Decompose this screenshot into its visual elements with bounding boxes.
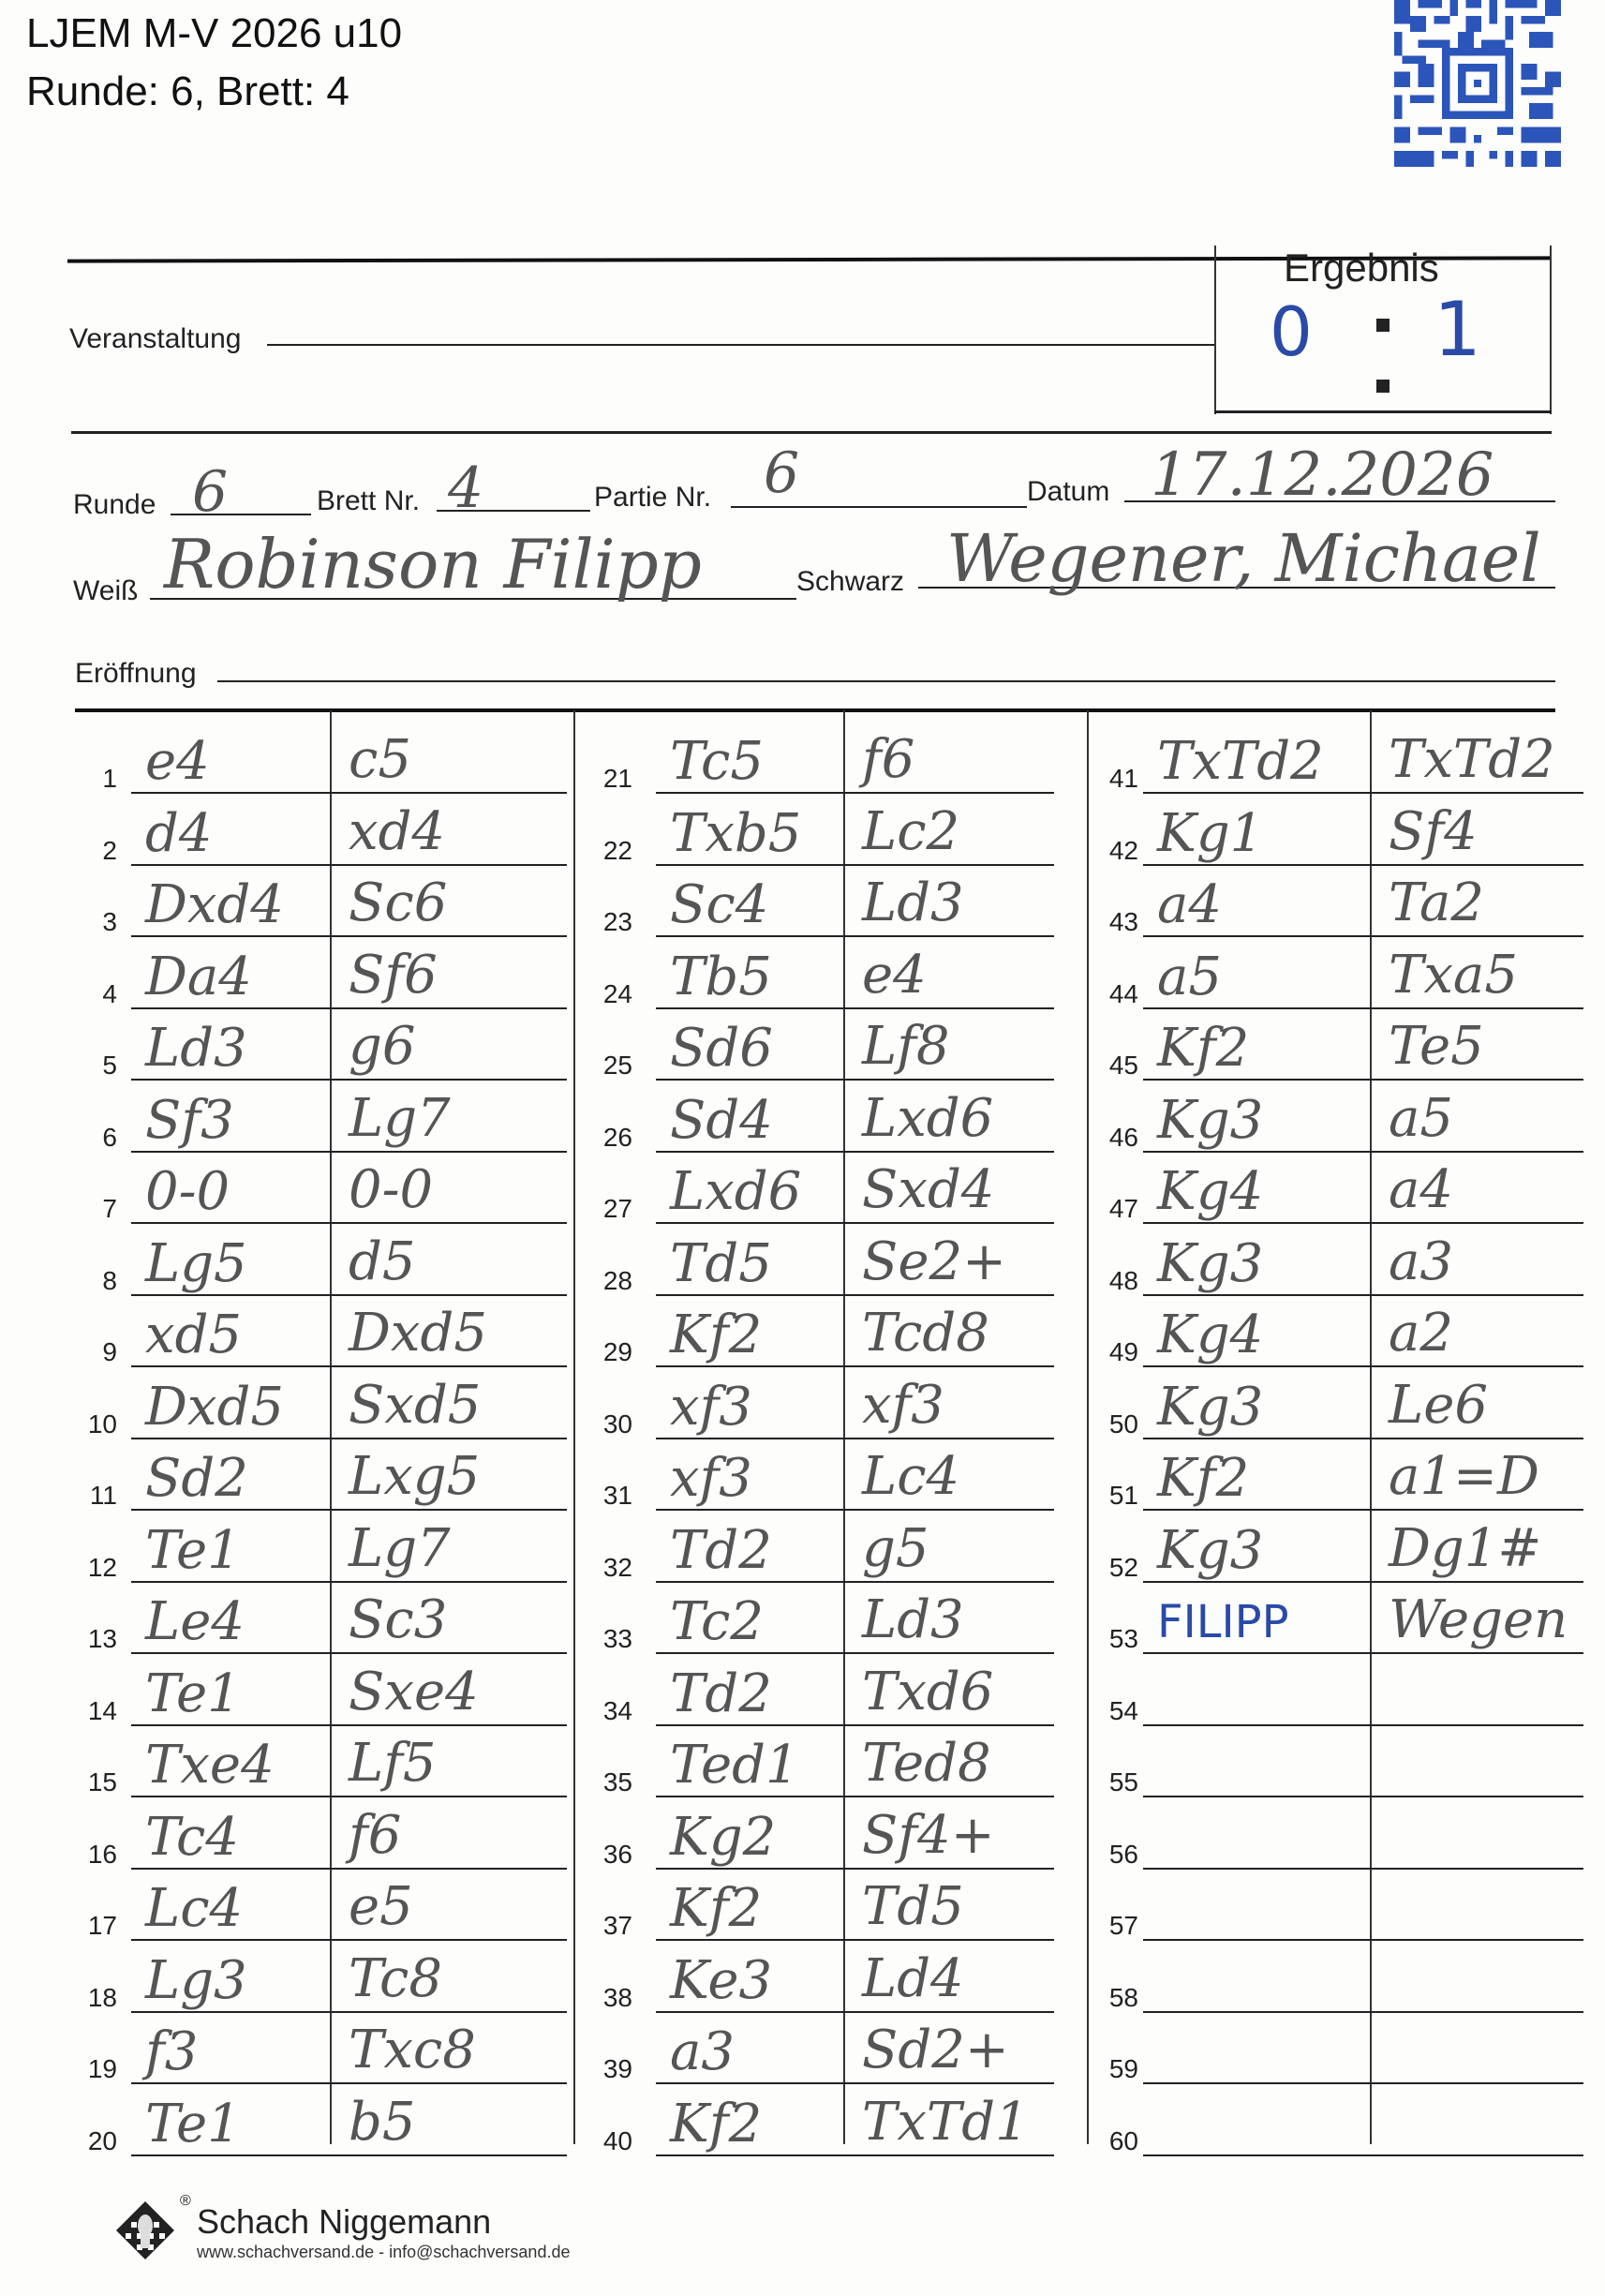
partie-value: 6	[764, 440, 799, 506]
move-line	[1143, 1724, 1583, 1726]
form-divider	[71, 431, 1552, 434]
weiss-label: Weiß	[73, 575, 138, 607]
move-line	[656, 1079, 1054, 1081]
weiss-value: Robinson Filipp	[164, 525, 702, 604]
white-move-cell[interactable]: a4	[1157, 877, 1222, 933]
white-move-cell[interactable]: Tb5	[670, 949, 772, 1006]
black-move-cell[interactable]: Se2+	[862, 1234, 1006, 1290]
black-move-cell[interactable]: Sf4	[1389, 804, 1478, 860]
black-move-cell[interactable]: f6	[349, 1808, 401, 1864]
move-number: 48	[1082, 1266, 1138, 1296]
move-line	[656, 1796, 1054, 1797]
move-number: 19	[61, 2054, 117, 2084]
white-move-cell[interactable]: Sc4	[670, 877, 768, 933]
move-line	[131, 2082, 567, 2084]
move-number: 58	[1082, 1983, 1138, 2013]
move-line	[656, 935, 1054, 937]
move-line	[1143, 1438, 1583, 1439]
result-colon-dot-bottom	[1376, 380, 1390, 393]
white-move-cell[interactable]: FILIPP	[1157, 1594, 1289, 1650]
black-move-cell[interactable]: Sd2+	[862, 2022, 1009, 2079]
black-move-cell[interactable]: Sc3	[349, 1592, 447, 1648]
move-number: 33	[576, 1624, 632, 1654]
move-line	[131, 1796, 567, 1797]
white-move-cell[interactable]: e4	[145, 734, 210, 790]
move-number: 25	[576, 1051, 632, 1081]
move-line	[1143, 2154, 1583, 2156]
move-line	[131, 864, 567, 866]
white-move-cell[interactable]: Td2	[670, 1523, 772, 1579]
move-line	[656, 1365, 1054, 1367]
black-move-cell[interactable]: b5	[349, 2095, 415, 2151]
move-number: 5	[61, 1051, 117, 1081]
black-move-cell[interactable]: Lf5	[349, 1736, 437, 1792]
white-move-cell[interactable]: Lc4	[145, 1881, 243, 1937]
moves-column-divider	[1370, 710, 1372, 2144]
white-move-cell[interactable]: xd5	[145, 1307, 242, 1364]
white-move-cell[interactable]: Kg3	[1157, 1093, 1263, 1149]
move-number: 6	[61, 1123, 117, 1153]
move-line	[656, 1222, 1054, 1224]
black-move-cell[interactable]: Le6	[1389, 1378, 1488, 1434]
moves-column-divider	[843, 710, 845, 2144]
move-line	[1143, 1007, 1583, 1009]
move-number: 42	[1082, 836, 1138, 866]
move-line	[656, 1294, 1054, 1296]
move-number: 13	[61, 1624, 117, 1654]
black-move-cell[interactable]: Dg1#	[1389, 1521, 1541, 1577]
move-line	[1143, 1294, 1583, 1296]
move-line	[656, 1652, 1054, 1654]
white-move-cell[interactable]: Te1	[145, 1523, 241, 1579]
move-line	[131, 1438, 567, 1439]
move-number: 23	[576, 907, 632, 937]
black-move-cell[interactable]: Ta2	[1389, 875, 1484, 932]
black-move-cell[interactable]: a2	[1389, 1305, 1453, 1362]
move-line	[1143, 2082, 1583, 2084]
brett-value: 4	[448, 455, 483, 521]
moves-block-divider	[573, 710, 575, 2144]
move-line	[656, 2082, 1054, 2084]
white-move-cell[interactable]: Kg2	[670, 1810, 776, 1866]
white-move-cell[interactable]: f3	[145, 2024, 198, 2080]
move-line	[656, 864, 1054, 866]
move-number: 57	[1082, 1911, 1138, 1941]
white-move-cell[interactable]: Te1	[145, 2096, 241, 2153]
black-move-cell[interactable]: Ld4	[862, 1951, 964, 2007]
black-move-cell[interactable]: Lg7	[349, 1091, 451, 1147]
move-number: 24	[576, 979, 632, 1009]
move-line	[1143, 1509, 1583, 1511]
white-move-cell[interactable]: Txe4	[145, 1737, 275, 1794]
move-line	[1143, 2011, 1583, 2013]
event-title: LJEM M-V 2026 u10	[26, 9, 402, 58]
runde-value: 6	[192, 459, 228, 525]
moves-column-divider	[330, 710, 332, 2144]
move-line	[131, 1652, 567, 1654]
white-move-cell[interactable]: Tc5	[670, 734, 764, 790]
veranstaltung-field[interactable]	[267, 344, 1215, 346]
move-line	[131, 2011, 567, 2013]
black-move-cell[interactable]: c5	[349, 732, 411, 788]
result-black-score[interactable]: 1	[1434, 286, 1481, 373]
move-line	[131, 1007, 567, 1009]
white-move-cell[interactable]: Da4	[145, 949, 252, 1006]
white-move-cell[interactable]: Lg5	[145, 1236, 247, 1292]
move-line	[656, 2154, 1054, 2156]
white-move-cell[interactable]: Kf2	[670, 1881, 762, 1937]
white-move-cell[interactable]: Kf2	[1157, 1021, 1249, 1077]
move-line	[131, 1222, 567, 1224]
move-line	[131, 1294, 567, 1296]
eroeffnung-label: Eröffnung	[75, 658, 197, 690]
black-move-cell[interactable]: Sf4+	[862, 1808, 995, 1864]
white-move-cell[interactable]: Kg3	[1157, 1379, 1263, 1436]
move-number: 2	[61, 836, 117, 866]
white-move-cell[interactable]: Kf2	[1157, 1451, 1249, 1507]
runde-label: Runde	[73, 489, 156, 521]
black-move-cell[interactable]: Ld3	[862, 875, 964, 932]
white-move-cell[interactable]: Kg4	[1157, 1307, 1263, 1364]
move-number: 31	[576, 1481, 632, 1511]
result-colon-dot-top	[1376, 319, 1390, 332]
move-line	[1143, 1796, 1583, 1797]
black-move-cell[interactable]: Tc8	[349, 1951, 442, 2007]
move-number: 46	[1082, 1123, 1138, 1153]
move-line	[656, 792, 1054, 794]
black-move-cell[interactable]: g5	[862, 1521, 929, 1577]
white-move-cell[interactable]: Lxd6	[670, 1164, 801, 1220]
datum-value: 17.12.2026	[1151, 440, 1494, 510]
move-line	[131, 1939, 567, 1941]
move-line	[131, 1581, 567, 1583]
move-number: 39	[576, 2054, 632, 2084]
move-number: 8	[61, 1266, 117, 1296]
move-number: 37	[576, 1911, 632, 1941]
move-number: 45	[1082, 1051, 1138, 1081]
white-move-cell[interactable]: TxTd2	[1157, 734, 1324, 790]
white-move-cell[interactable]: d4	[145, 806, 212, 862]
move-line	[1143, 1581, 1583, 1583]
move-number: 22	[576, 836, 632, 866]
move-line	[1143, 1222, 1583, 1224]
move-number: 36	[576, 1840, 632, 1870]
white-move-cell[interactable]: Sd2	[145, 1451, 248, 1507]
black-move-cell[interactable]: a5	[1389, 1091, 1453, 1147]
black-move-cell[interactable]: Ted8	[862, 1736, 991, 1792]
move-number: 27	[576, 1194, 632, 1224]
black-move-cell[interactable]: Td5	[862, 1879, 964, 1935]
white-move-cell[interactable]: Ld3	[145, 1021, 247, 1077]
black-move-cell[interactable]: Wegen	[1389, 1592, 1568, 1648]
white-move-cell[interactable]: Kg3	[1157, 1236, 1263, 1292]
brand-contact[interactable]: www.schachversand.de - info@schachversan…	[197, 2243, 570, 2262]
move-number: 11	[61, 1481, 117, 1511]
move-number: 59	[1082, 2054, 1138, 2084]
move-number: 3	[61, 907, 117, 937]
black-move-cell[interactable]: Lf8	[862, 1019, 950, 1075]
move-number: 16	[61, 1840, 117, 1870]
move-line	[656, 1868, 1054, 1870]
move-line	[656, 1007, 1054, 1009]
move-line	[656, 1724, 1054, 1726]
move-line	[656, 1438, 1054, 1439]
move-line	[131, 1724, 567, 1726]
eroeffnung-field[interactable]	[217, 680, 1555, 682]
move-number: 54	[1082, 1696, 1138, 1726]
white-move-cell[interactable]: Dxd5	[145, 1379, 284, 1436]
black-move-cell[interactable]: Dxd5	[349, 1305, 487, 1362]
move-number: 41	[1082, 764, 1138, 794]
white-move-cell[interactable]: Td5	[670, 1236, 772, 1292]
move-number: 52	[1082, 1553, 1138, 1583]
move-line	[1143, 1079, 1583, 1081]
black-move-cell[interactable]: g6	[349, 1019, 415, 1075]
move-number: 30	[576, 1409, 632, 1439]
black-move-cell[interactable]: Lxg5	[349, 1449, 480, 1505]
black-move-cell[interactable]: Lc4	[862, 1449, 959, 1505]
partie-label: Partie Nr.	[594, 482, 711, 514]
move-number: 47	[1082, 1194, 1138, 1224]
white-move-cell[interactable]: Te1	[145, 1666, 241, 1722]
move-number: 14	[61, 1696, 117, 1726]
move-line	[131, 1868, 567, 1870]
black-move-cell[interactable]: xd4	[349, 804, 445, 860]
white-move-cell[interactable]: Le4	[145, 1594, 245, 1650]
result-box-divider	[1214, 246, 1216, 414]
white-move-cell[interactable]: Txb5	[670, 806, 801, 862]
move-line	[131, 1151, 567, 1153]
white-move-cell[interactable]: Td2	[670, 1666, 772, 1722]
move-number: 12	[61, 1553, 117, 1583]
white-move-cell[interactable]: Ted1	[670, 1737, 799, 1794]
white-move-cell[interactable]: Lg3	[145, 1953, 247, 2009]
move-line	[1143, 864, 1583, 866]
veranstaltung-label: Veranstaltung	[69, 323, 241, 355]
move-number: 4	[61, 979, 117, 1009]
move-line	[131, 1079, 567, 1081]
white-move-cell[interactable]: Ke3	[670, 1953, 772, 2009]
move-number: 7	[61, 1194, 117, 1224]
white-move-cell[interactable]: xf3	[670, 1451, 752, 1507]
brett-label: Brett Nr.	[317, 485, 420, 517]
move-number: 29	[576, 1337, 632, 1367]
move-number: 60	[1082, 2126, 1138, 2156]
white-move-cell[interactable]: Tc4	[145, 1810, 239, 1866]
move-line	[131, 792, 567, 794]
move-line	[1143, 792, 1583, 794]
black-move-cell[interactable]: Sc6	[349, 875, 447, 932]
black-move-cell[interactable]: Txd6	[862, 1664, 993, 1721]
move-number: 53	[1082, 1624, 1138, 1654]
black-move-cell[interactable]: Sxd5	[349, 1378, 481, 1434]
move-number: 55	[1082, 1767, 1138, 1797]
white-move-cell[interactable]: Kf2	[670, 2096, 762, 2153]
white-move-cell[interactable]: Kg3	[1157, 1523, 1263, 1579]
move-line	[131, 1365, 567, 1367]
black-move-cell[interactable]: a4	[1389, 1162, 1453, 1218]
move-number: 56	[1082, 1840, 1138, 1870]
chess-king-logo-icon	[112, 2198, 178, 2263]
move-number: 38	[576, 1983, 632, 2013]
move-number: 10	[61, 1409, 117, 1439]
black-move-cell[interactable]: 0-0	[349, 1162, 433, 1218]
black-move-cell[interactable]: Sxe4	[349, 1664, 479, 1721]
move-line	[656, 1151, 1054, 1153]
white-move-cell[interactable]: Sf3	[145, 1093, 234, 1149]
black-move-cell[interactable]: Lc2	[862, 804, 959, 860]
move-number: 21	[576, 764, 632, 794]
black-move-cell[interactable]: Txc8	[349, 2022, 476, 2079]
move-line	[131, 1509, 567, 1511]
move-number: 26	[576, 1123, 632, 1153]
qr-code-icon	[1394, 0, 1561, 167]
move-line	[656, 1939, 1054, 1941]
black-move-cell[interactable]: e5	[349, 1879, 413, 1935]
move-number: 51	[1082, 1481, 1138, 1511]
black-move-cell[interactable]: Te5	[1389, 1019, 1484, 1075]
black-move-cell[interactable]: Lxd6	[862, 1091, 993, 1147]
partie-field[interactable]	[731, 506, 1027, 508]
black-move-cell[interactable]: Sf6	[349, 947, 438, 1004]
black-move-cell[interactable]: e4	[862, 947, 927, 1004]
white-move-cell[interactable]: Kg4	[1157, 1164, 1263, 1220]
move-line	[1143, 1151, 1583, 1153]
white-move-cell[interactable]: a3	[670, 2024, 735, 2080]
white-move-cell[interactable]: Sd4	[670, 1093, 773, 1149]
move-line	[656, 1581, 1054, 1583]
black-move-cell[interactable]: xf3	[862, 1378, 944, 1434]
move-number: 18	[61, 1983, 117, 2013]
white-move-cell[interactable]: Kf2	[670, 1307, 762, 1364]
schwarz-label: Schwarz	[796, 566, 904, 598]
registered-mark: ®	[180, 2193, 191, 2210]
black-move-cell[interactable]: Tcd8	[862, 1305, 989, 1362]
move-line	[1143, 935, 1583, 937]
black-move-cell[interactable]: d5	[349, 1234, 415, 1290]
brand-name: Schach Niggemann	[197, 2202, 491, 2242]
result-box-bottom	[1214, 410, 1552, 413]
black-move-cell[interactable]: TxTd1	[862, 2095, 1029, 2151]
move-line	[1143, 1652, 1583, 1654]
white-move-cell[interactable]: a5	[1157, 949, 1222, 1006]
move-number: 34	[576, 1696, 632, 1726]
move-number: 28	[576, 1266, 632, 1296]
move-line	[131, 2154, 567, 2156]
move-number: 40	[576, 2126, 632, 2156]
move-number: 20	[61, 2126, 117, 2156]
white-move-cell[interactable]: xf3	[670, 1379, 752, 1436]
black-move-cell[interactable]: Lg7	[349, 1521, 451, 1577]
move-line	[1143, 1939, 1583, 1941]
black-move-cell[interactable]: a3	[1389, 1234, 1453, 1290]
white-move-cell[interactable]: Dxd4	[145, 877, 284, 933]
black-move-cell[interactable]: Sxd4	[862, 1162, 994, 1218]
move-number: 44	[1082, 979, 1138, 1009]
move-number: 50	[1082, 1409, 1138, 1439]
result-white-score[interactable]: 0	[1270, 292, 1313, 371]
moves-top-border	[75, 708, 1555, 712]
black-move-cell[interactable]: f6	[862, 732, 914, 788]
move-line	[656, 2011, 1054, 2013]
black-move-cell[interactable]: Txa5	[1389, 947, 1518, 1004]
move-line	[656, 1509, 1054, 1511]
move-number: 9	[61, 1337, 117, 1367]
black-move-cell[interactable]: a1=D	[1389, 1449, 1539, 1505]
move-line	[1143, 1868, 1583, 1870]
move-number: 43	[1082, 907, 1138, 937]
move-number: 35	[576, 1767, 632, 1797]
datum-label: Datum	[1027, 476, 1109, 508]
round-board-subtitle: Runde: 6, Brett: 4	[26, 67, 349, 116]
move-line	[1143, 1365, 1583, 1367]
move-number: 1	[61, 764, 117, 794]
black-move-cell[interactable]: TxTd2	[1389, 732, 1555, 788]
white-move-cell[interactable]: Sd6	[670, 1021, 773, 1077]
move-number: 32	[576, 1553, 632, 1583]
white-move-cell[interactable]: Kg1	[1157, 806, 1263, 862]
white-move-cell[interactable]: Tc2	[670, 1594, 764, 1650]
result-box-right	[1550, 246, 1552, 414]
move-line	[131, 935, 567, 937]
white-move-cell[interactable]: 0-0	[145, 1164, 230, 1220]
black-move-cell[interactable]: Ld3	[862, 1592, 964, 1648]
schwarz-value: Wegener, Michael	[946, 520, 1541, 597]
move-number: 17	[61, 1911, 117, 1941]
move-number: 15	[61, 1767, 117, 1797]
move-number: 49	[1082, 1337, 1138, 1367]
ergebnis-label: Ergebnis	[1284, 246, 1439, 291]
